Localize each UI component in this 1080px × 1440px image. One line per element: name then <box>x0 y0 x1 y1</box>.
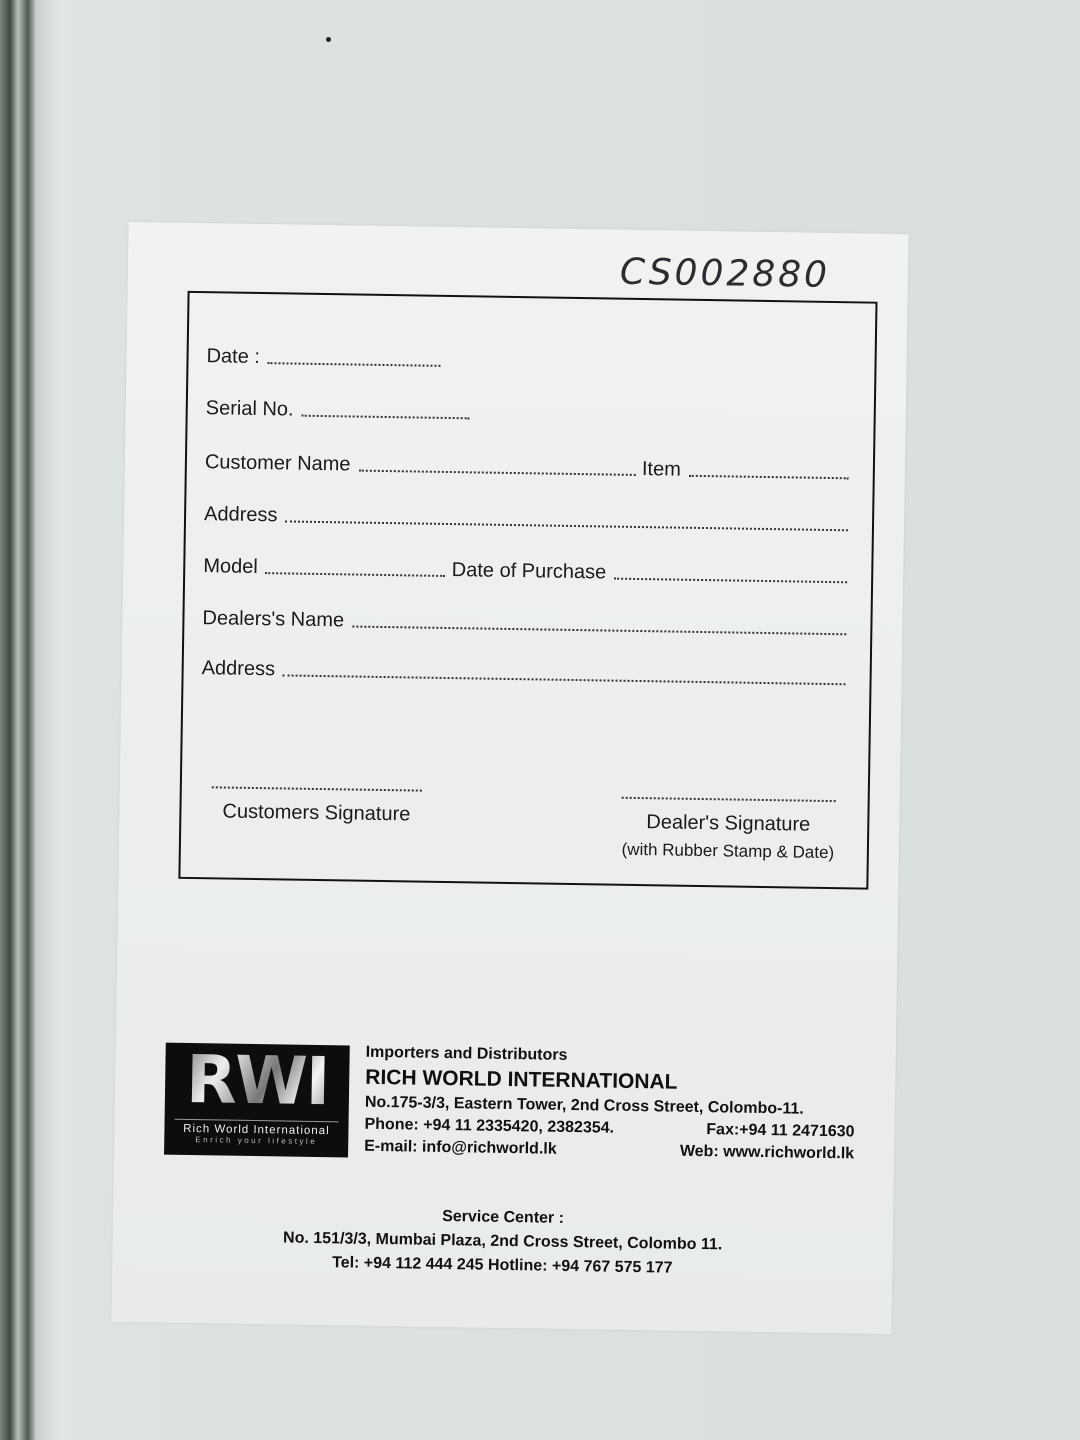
address-line[interactable] <box>285 519 848 531</box>
serial-line[interactable] <box>301 414 469 420</box>
warranty-form: Date : Serial No. Customer Name Item Add… <box>178 291 877 890</box>
company-phone-fax: Phone: +94 11 2335420, 2382354. Fax:+94 … <box>364 1116 854 1142</box>
customer-signature-label: Customers Signature <box>211 800 421 826</box>
company-email-web: E-mail: info@richworld.lk Web: www.richw… <box>364 1138 854 1164</box>
date-label: Date : <box>206 345 260 369</box>
customer-signature[interactable]: Customers Signature <box>211 785 422 826</box>
dealer-signature-line[interactable] <box>622 796 836 802</box>
item-line[interactable] <box>689 474 849 480</box>
purchase-date-label: Date of Purchase <box>452 559 607 584</box>
company-phone: Phone: +94 11 2335420, 2382354. <box>364 1116 614 1138</box>
customer-item-row: Customer Name Item <box>205 451 855 484</box>
company-address: No.175-3/3, Eastern Tower, 2nd Cross Str… <box>365 1094 855 1120</box>
dealer-signature[interactable]: Dealer's Signature (with Rubber Stamp & … <box>621 796 836 863</box>
customer-name-label: Customer Name <box>205 451 351 476</box>
date-line[interactable] <box>268 361 441 367</box>
purchase-date-line[interactable] <box>614 577 847 584</box>
customer-signature-line[interactable] <box>212 785 422 791</box>
dealer-name-field[interactable]: Dealers's Name <box>202 607 852 640</box>
dealer-name-line[interactable] <box>352 624 846 635</box>
dealer-address-line[interactable] <box>283 673 846 685</box>
company-address-text: No.175-3/3, Eastern Tower, 2nd Cross Str… <box>365 1094 804 1119</box>
company-email[interactable]: E-mail: info@richworld.lk <box>364 1138 557 1159</box>
date-field[interactable]: Date : <box>206 345 446 372</box>
serial-field[interactable]: Serial No. <box>206 397 476 424</box>
company-name: RICH WORLD INTERNATIONAL <box>365 1066 855 1098</box>
dealer-name-label: Dealers's Name <box>202 607 344 632</box>
address-field[interactable]: Address <box>204 503 854 536</box>
customer-name-line[interactable] <box>358 469 635 476</box>
item-label: Item <box>642 458 681 482</box>
model-purchase-row: Model Date of Purchase <box>203 555 853 588</box>
company-fax: Fax:+94 11 2471630 <box>706 1121 854 1141</box>
company-subtitle: Importers and Distributors <box>366 1044 856 1070</box>
dealer-address-label: Address <box>201 657 275 681</box>
handwritten-serial: CS002880 <box>620 252 831 296</box>
model-line[interactable] <box>266 571 446 577</box>
address-label: Address <box>204 503 278 527</box>
dealer-signature-label: Dealer's Signature <box>621 811 835 837</box>
serial-label: Serial No. <box>206 397 294 421</box>
speck <box>326 37 331 42</box>
rwi-logo: RWI Rich World International Enrich your… <box>164 1043 350 1158</box>
dealer-signature-note: (with Rubber Stamp & Date) <box>621 840 835 863</box>
service-center: Service Center : No. 151/3/3, Mumbai Pla… <box>252 1202 753 1282</box>
warranty-card: CS002880 Date : Serial No. Customer Name… <box>111 222 908 1334</box>
company-info: Importers and Distributors RICH WORLD IN… <box>364 1044 856 1164</box>
logo-mark: RWI <box>165 1047 350 1116</box>
dealer-address-field[interactable]: Address <box>201 657 851 690</box>
company-web[interactable]: Web: www.richworld.lk <box>680 1143 855 1164</box>
model-label: Model <box>203 555 258 579</box>
window-frame-edge <box>0 0 72 1440</box>
